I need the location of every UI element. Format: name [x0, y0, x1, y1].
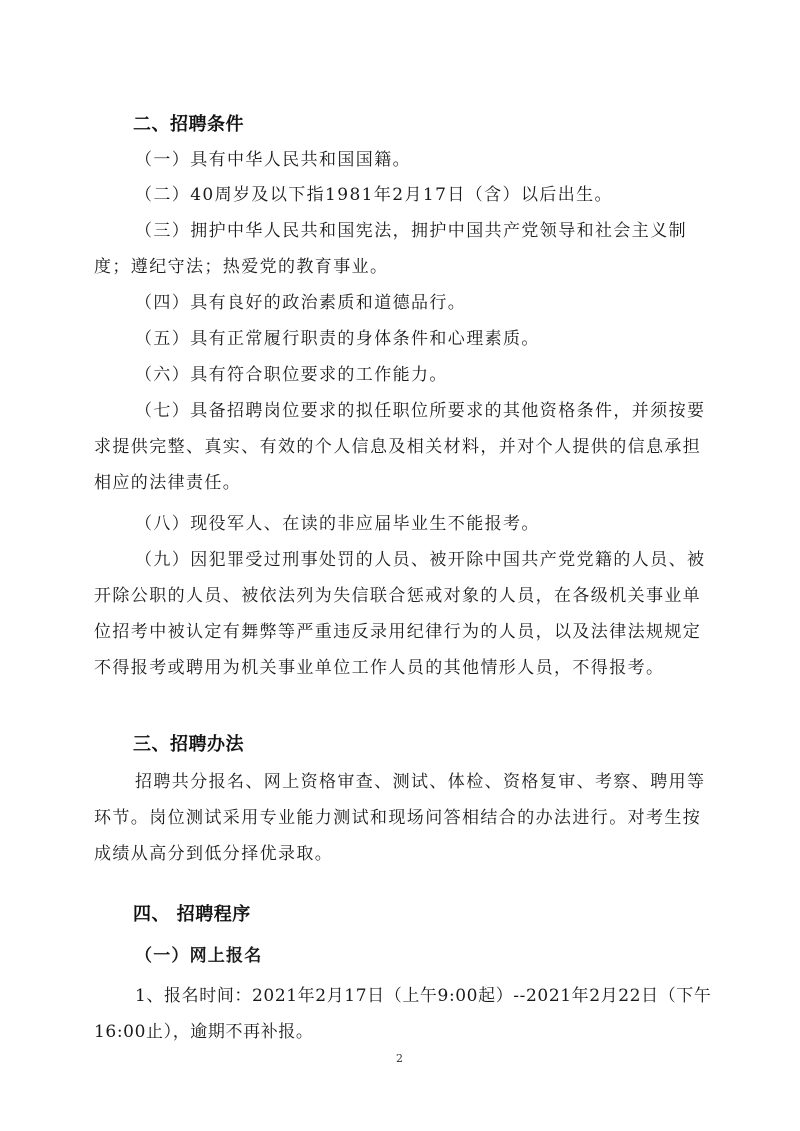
- subsection-heading-online-registration: （一）网上报名: [135, 945, 262, 967]
- condition-1: （一）具有中华人民共和国国籍。: [135, 149, 411, 171]
- condition-7-line-1: （七）具备招聘岗位要求的拟任职位所要求的其他资格条件，并须按要: [135, 400, 705, 422]
- condition-9-line-1: （九）因犯罪受过刑事处罚的人员、被开除中国共产党党籍的人员、被: [135, 549, 705, 571]
- section-heading-recruitment-conditions: 二、招聘条件: [133, 114, 244, 136]
- condition-3-line-2: 度；遵纪守法；热爱党的教育事业。: [94, 256, 388, 278]
- registration-time-line-2: 16:00止），逾期不再补报。: [94, 1021, 314, 1043]
- section-heading-recruitment-procedure: 四、 招聘程序: [133, 904, 251, 926]
- condition-7-line-2: 求提供完整、真实、有效的个人信息及相关材料，并对个人提供的信息承担: [94, 436, 701, 458]
- method-line-1: 招聘共分报名、网上资格审查、测试、体检、资格复审、考察、聘用等: [135, 771, 705, 793]
- section-heading-recruitment-method: 三、招聘办法: [133, 734, 244, 756]
- method-line-2: 环节。岗位测试采用专业能力测试和现场问答相结合的办法进行。对考生按: [94, 807, 701, 829]
- condition-8: （八）现役军人、在读的非应届毕业生不能报考。: [135, 513, 540, 535]
- document-page: 二、招聘条件 （一）具有中华人民共和国国籍。 （二）40周岁及以下指1981年2…: [0, 0, 800, 1131]
- condition-6: （六）具有符合职位要求的工作能力。: [135, 364, 448, 386]
- condition-9-line-2: 开除公职的人员、被依法列为失信联合惩戒对象的人员，在各级机关事业单: [94, 585, 701, 607]
- condition-7-line-3: 相应的法律责任。: [94, 472, 241, 494]
- condition-5: （五）具有正常履行职责的身体条件和心理素质。: [135, 328, 540, 350]
- method-line-3: 成绩从高分到低分择优录取。: [94, 843, 333, 865]
- condition-4: （四）具有良好的政治素质和道德品行。: [135, 292, 466, 314]
- page-number: 2: [396, 1052, 403, 1065]
- condition-9-line-4: 不得报考或聘用为机关事业单位工作人员的其他情形人员，不得报考。: [94, 657, 664, 679]
- condition-9-line-3: 位招考中被认定有舞弊等严重违反录用纪律行为的人员，以及法律法规规定: [94, 621, 701, 643]
- registration-time-line-1: 1、报名时间：2021年2月17日（上午9:00起）--2021年2月22日（下…: [135, 985, 712, 1007]
- condition-2: （二）40周岁及以下指1981年2月17日（含）以后出生。: [135, 184, 613, 206]
- condition-3-line-1: （三）拥护中华人民共和国宪法，拥护中国共产党领导和社会主义制: [135, 220, 687, 242]
